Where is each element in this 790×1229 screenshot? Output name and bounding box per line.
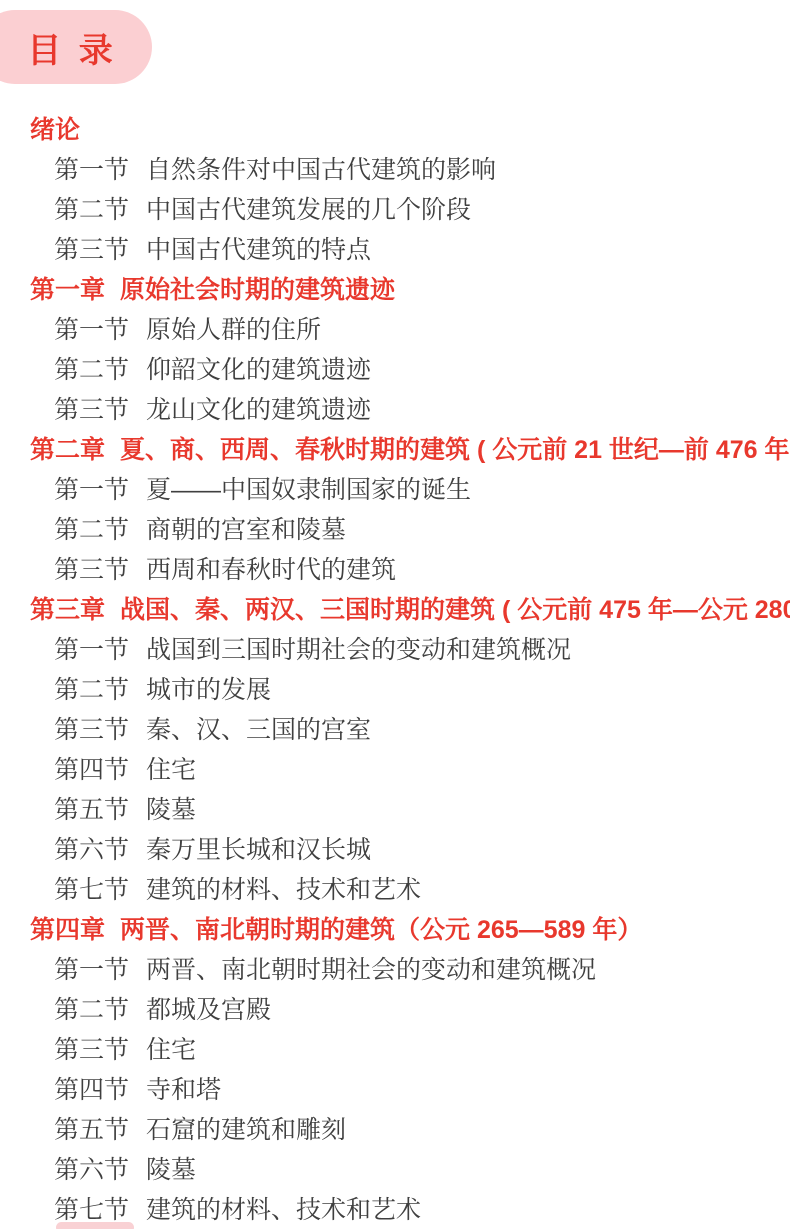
toc-section-row[interactable]: 第一节战国到三国时期社会的变动和建筑概况 <box>0 630 790 670</box>
toc-entry-title: 陵墓 <box>146 1150 196 1190</box>
next-chapter-peek <box>56 1222 134 1229</box>
toc-entry-title: 龙山文化的建筑遗迹 <box>146 390 371 430</box>
toc-entry-label: 第三节 <box>54 550 129 590</box>
toc-entry-label: 第一节 <box>54 310 129 350</box>
toc-section-row[interactable]: 第六节秦万里长城和汉长城 <box>0 830 790 870</box>
toc-entry-title: 陵墓 <box>146 790 196 830</box>
toc-entry-label: 第二节 <box>54 990 129 1030</box>
toc-entry-title: 原始社会时期的建筑遗迹 <box>120 270 395 310</box>
toc-section-row[interactable]: 第三节西周和春秋时代的建筑 <box>0 550 790 590</box>
toc-entry-label: 第二节 <box>54 350 129 390</box>
toc-entry-label: 第五节 <box>54 1110 129 1150</box>
toc-entry-title: 自然条件对中国古代建筑的影响 <box>146 150 496 190</box>
toc-entry-title: 中国古代建筑发展的几个阶段 <box>146 190 471 230</box>
toc-entry-label: 绪论 <box>30 110 80 150</box>
toc-entry-label: 第一节 <box>54 150 129 190</box>
toc-section-row[interactable]: 第二节都城及宫殿 <box>0 990 790 1030</box>
toc-entry-label: 第二节 <box>54 510 129 550</box>
toc-entry-label: 第一节 <box>54 630 129 670</box>
toc-section-row[interactable]: 第二节城市的发展 <box>0 670 790 710</box>
toc-entry-label: 第二节 <box>54 670 129 710</box>
toc-entry-title: 战国到三国时期社会的变动和建筑概况 <box>146 630 571 670</box>
toc-section-row[interactable]: 第四节住宅 <box>0 750 790 790</box>
toc-entry-label: 第一节 <box>54 950 129 990</box>
toc-entry-label: 第三节 <box>54 710 129 750</box>
toc-entry-label: 第三节 <box>54 230 129 270</box>
toc-chapter-row[interactable]: 第二章夏、商、西周、春秋时期的建筑 ( 公元前 21 世纪—前 476 年 ) <box>0 430 790 470</box>
toc-entry-label: 第二章 <box>30 430 105 470</box>
toc-entry-title: 都城及宫殿 <box>146 990 271 1030</box>
toc-entry-label: 第四节 <box>54 1070 129 1110</box>
toc-section-row[interactable]: 第一节自然条件对中国古代建筑的影响 <box>0 150 790 190</box>
toc-entry-label: 第二节 <box>54 190 129 230</box>
toc-entry-label: 第六节 <box>54 1150 129 1190</box>
toc-entry-title: 两晋、南北朝时期社会的变动和建筑概况 <box>146 950 596 990</box>
toc-section-row[interactable]: 第二节商朝的宫室和陵墓 <box>0 510 790 550</box>
toc-chapter-row[interactable]: 绪论 <box>0 110 790 150</box>
toc-entry-title: 住宅 <box>146 1030 196 1070</box>
toc-section-row[interactable]: 第二节仰韶文化的建筑遗迹 <box>0 350 790 390</box>
toc-entry-title: 建筑的材料、技术和艺术 <box>146 1190 421 1229</box>
toc-page: 目 录 绪论第一节自然条件对中国古代建筑的影响第二节中国古代建筑发展的几个阶段第… <box>0 0 790 1229</box>
toc-entry-title: 两晋、南北朝时期的建筑（公元 265—589 年） <box>120 910 642 950</box>
toc-entry-label: 第五节 <box>54 790 129 830</box>
toc-entry-label: 第一节 <box>54 470 129 510</box>
toc-entry-title: 石窟的建筑和雕刻 <box>146 1110 346 1150</box>
toc-entry-title: 秦万里长城和汉长城 <box>146 830 371 870</box>
toc-chapter-row[interactable]: 第一章原始社会时期的建筑遗迹 <box>0 270 790 310</box>
toc-entry-label: 第四节 <box>54 750 129 790</box>
toc-entry-title: 城市的发展 <box>146 670 271 710</box>
toc-list: 绪论第一节自然条件对中国古代建筑的影响第二节中国古代建筑发展的几个阶段第三节中国… <box>0 110 790 1229</box>
page-title: 目 录 <box>27 23 116 72</box>
toc-chapter-row[interactable]: 第三章战国、秦、两汉、三国时期的建筑 ( 公元前 475 年—公元 280 年 … <box>0 590 790 630</box>
toc-section-row[interactable]: 第七节建筑的材料、技术和艺术 <box>0 870 790 910</box>
toc-entry-title: 中国古代建筑的特点 <box>146 230 371 270</box>
toc-entry-title: 夏——中国奴隶制国家的诞生 <box>146 470 471 510</box>
toc-section-row[interactable]: 第一节两晋、南北朝时期社会的变动和建筑概况 <box>0 950 790 990</box>
toc-entry-label: 第四章 <box>30 910 105 950</box>
toc-entry-label: 第三节 <box>54 390 129 430</box>
toc-title-badge: 目 录 <box>0 10 152 84</box>
toc-section-row[interactable]: 第三节中国古代建筑的特点 <box>0 230 790 270</box>
toc-section-row[interactable]: 第五节石窟的建筑和雕刻 <box>0 1110 790 1150</box>
toc-entry-title: 秦、汉、三国的宫室 <box>146 710 371 750</box>
toc-entry-title: 原始人群的住所 <box>146 310 321 350</box>
toc-section-row[interactable]: 第三节秦、汉、三国的宫室 <box>0 710 790 750</box>
toc-section-row[interactable]: 第二节中国古代建筑发展的几个阶段 <box>0 190 790 230</box>
toc-entry-label: 第三章 <box>30 590 105 630</box>
toc-entry-title: 战国、秦、两汉、三国时期的建筑 ( 公元前 475 年—公元 280 年 ) <box>120 590 790 630</box>
toc-section-row[interactable]: 第三节住宅 <box>0 1030 790 1070</box>
toc-section-row[interactable]: 第一节原始人群的住所 <box>0 310 790 350</box>
toc-entry-title: 商朝的宫室和陵墓 <box>146 510 346 550</box>
toc-entry-title: 住宅 <box>146 750 196 790</box>
toc-entry-title: 仰韶文化的建筑遗迹 <box>146 350 371 390</box>
toc-section-row[interactable]: 第三节龙山文化的建筑遗迹 <box>0 390 790 430</box>
toc-entry-label: 第一章 <box>30 270 105 310</box>
toc-entry-title: 夏、商、西周、春秋时期的建筑 ( 公元前 21 世纪—前 476 年 ) <box>120 430 790 470</box>
toc-entry-title: 建筑的材料、技术和艺术 <box>146 870 421 910</box>
toc-entry-title: 西周和春秋时代的建筑 <box>146 550 396 590</box>
toc-section-row[interactable]: 第五节陵墓 <box>0 790 790 830</box>
toc-section-row[interactable]: 第四节寺和塔 <box>0 1070 790 1110</box>
toc-chapter-row[interactable]: 第四章两晋、南北朝时期的建筑（公元 265—589 年） <box>0 910 790 950</box>
toc-entry-title: 寺和塔 <box>146 1070 221 1110</box>
toc-section-row[interactable]: 第六节陵墓 <box>0 1150 790 1190</box>
toc-section-row[interactable]: 第一节夏——中国奴隶制国家的诞生 <box>0 470 790 510</box>
toc-entry-label: 第三节 <box>54 1030 129 1070</box>
toc-entry-label: 第七节 <box>54 870 129 910</box>
toc-entry-label: 第六节 <box>54 830 129 870</box>
